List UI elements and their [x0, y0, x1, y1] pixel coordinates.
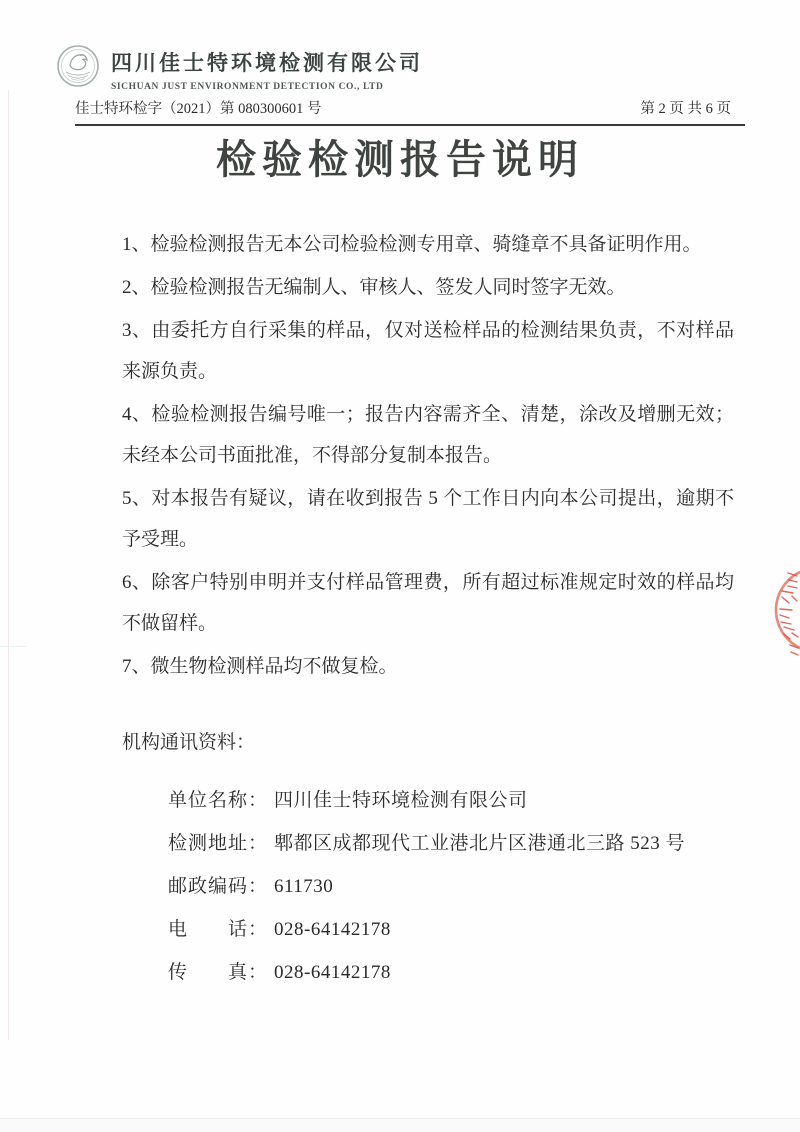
page-indicator: 第 2 页 共 6 页: [640, 97, 745, 118]
note-item-1: 1、检验检测报告无本公司检验检测专用章、骑缝章不具备证明作用。: [122, 224, 734, 265]
contact-label: 邮政编码：: [168, 876, 268, 897]
document-number: 佳士特环检字（2021）第 080300601 号: [75, 97, 322, 118]
contact-row-phone: 电 话：028-64142178: [122, 908, 734, 951]
crane-emblem-icon: [56, 44, 100, 88]
scan-artifact-line: [8, 90, 9, 1040]
page-bottom-edge: [0, 1118, 800, 1132]
company-name-en: SICHUAN JUST ENVIRONMENT DETECTION CO., …: [111, 82, 423, 92]
scanned-report-page: 四川佳士特环境检测有限公司 SICHUAN JUST ENVIRONMENT D…: [0, 0, 800, 1132]
company-identity: 四川佳士特环境检测有限公司 SICHUAN JUST ENVIRONMENT D…: [111, 44, 423, 92]
contact-value: 郫都区成都现代工业港北片区港通北三路 523 号: [274, 833, 685, 854]
page-title: 检验检测报告说明: [0, 128, 800, 185]
scan-artifact-line: [0, 646, 26, 647]
note-item-5: 5、对本报告有疑议，请在收到报告 5 个工作日内向本公司提出，逾期不予受理。: [122, 478, 734, 560]
contact-row-company: 单位名称：四川佳士特环境检测有限公司: [122, 779, 734, 822]
contact-value: 四川佳士特环境检测有限公司: [274, 790, 528, 811]
note-item-4: 4、检验检测报告编号唯一；报告内容需齐全、清楚，涂改及增删无效；未经本公司书面批…: [122, 394, 734, 476]
contact-label: 传 真：: [168, 962, 268, 983]
note-item-7: 7、微生物检测样品均不做复检。: [122, 646, 734, 687]
contact-value: 611730: [274, 876, 333, 897]
contact-value: 028-64142178: [274, 962, 391, 983]
company-name-cn: 四川佳士特环境检测有限公司: [111, 47, 423, 77]
letterhead: 四川佳士特环境检测有限公司 SICHUAN JUST ENVIRONMENT D…: [56, 44, 423, 92]
note-item-3: 3、由委托方自行采集的样品，仅对送检样品的检测结果负责，不对样品来源负责。: [122, 310, 734, 392]
note-item-6: 6、除客户特别申明并支付样品管理费，所有超过标准规定时效的样品均不做留样。: [122, 562, 734, 644]
report-notes-list: 1、检验检测报告无本公司检验检测专用章、骑缝章不具备证明作用。 2、检验检测报告…: [122, 224, 734, 689]
contact-row-postcode: 邮政编码：611730: [122, 865, 734, 908]
riding-seal-stamp-fragment: [774, 551, 800, 669]
contact-heading: 机构通讯资料：: [122, 731, 734, 755]
contact-row-address: 检测地址：郫都区成都现代工业港北片区港通北三路 523 号: [122, 822, 734, 865]
contact-row-fax: 传 真：028-64142178: [122, 951, 734, 994]
note-item-2: 2、检验检测报告无编制人、审核人、签发人同时签字无效。: [122, 267, 734, 308]
contact-info-section: 机构通讯资料： 单位名称：四川佳士特环境检测有限公司 检测地址：郫都区成都现代工…: [122, 731, 734, 994]
contact-value: 028-64142178: [274, 919, 391, 940]
header-meta-row: 佳士特环检字（2021）第 080300601 号 第 2 页 共 6 页: [75, 97, 745, 126]
contact-label: 电 话：: [168, 919, 268, 940]
contact-label: 检测地址：: [168, 833, 268, 854]
contact-label: 单位名称：: [168, 790, 268, 811]
